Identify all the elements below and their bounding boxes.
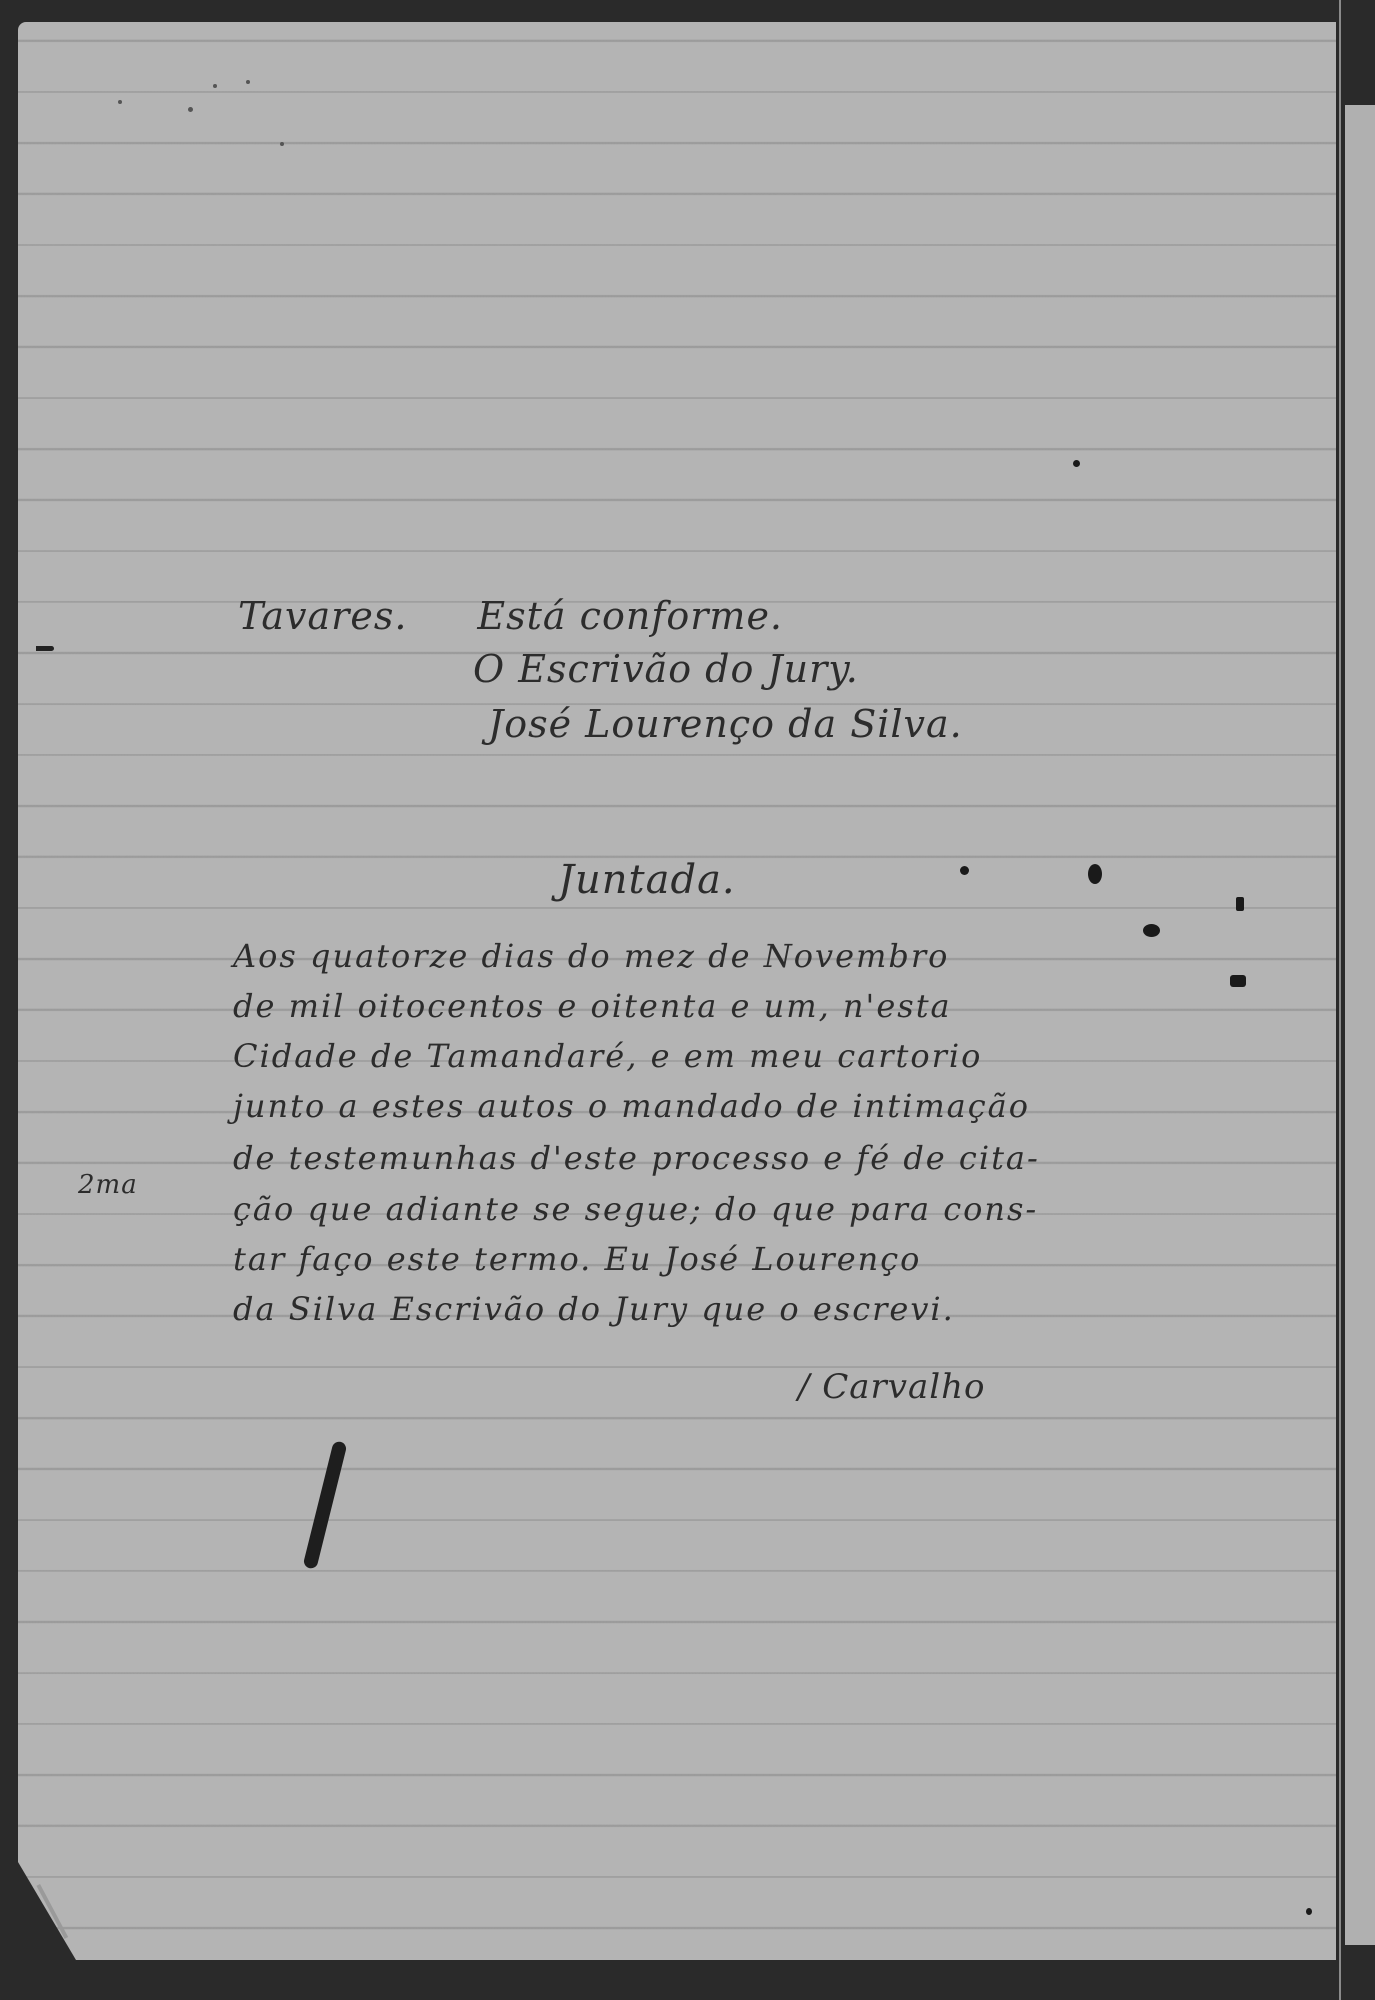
margin-ink-mark xyxy=(36,646,54,651)
adjacent-page-edge xyxy=(1336,0,1375,2000)
body-line: tar faço este termo. Eu José Lourenço xyxy=(233,1240,921,1278)
adjacent-page xyxy=(1345,105,1375,1945)
section-heading: Juntada. xyxy=(558,857,736,903)
body-line: de testemunhas d'este processo e fé de c… xyxy=(233,1139,1040,1177)
body-line: Aos quatorze dias do mez de Novembro xyxy=(233,937,949,975)
paper-speckle xyxy=(118,100,122,104)
paper-speckle xyxy=(280,142,284,146)
ink-blot xyxy=(1073,460,1080,467)
paper-speckle xyxy=(188,107,193,112)
body-line: de mil oitocentos e oitenta e um, n'esta xyxy=(233,987,952,1025)
ink-blot xyxy=(1236,897,1244,911)
manuscript-page: Tavares.Está conforme. O Escrivão do Jur… xyxy=(18,22,1338,1960)
ink-blot xyxy=(1143,924,1160,937)
clerk-signature: José Lourenço da Silva. xyxy=(488,702,963,746)
certification-line-1: Tavares.Está conforme. xyxy=(238,594,783,638)
name-tavares: Tavares. xyxy=(238,594,407,638)
ink-blot xyxy=(1306,1908,1312,1915)
certification-line-2: O Escrivão do Jury. xyxy=(473,647,859,691)
body-line: ção que adiante se segue; do que para co… xyxy=(233,1190,1038,1228)
binding-line xyxy=(1339,0,1341,2000)
margin-note: 2ma xyxy=(78,1170,138,1200)
paper-speckle xyxy=(246,80,250,84)
body-line: da Silva Escrivão do Jury que o escrevi. xyxy=(233,1290,955,1328)
ink-blot xyxy=(1230,975,1246,987)
ink-blot xyxy=(1088,864,1102,884)
ink-blot xyxy=(960,866,969,875)
body-line: junto a estes autos o mandado de intimaç… xyxy=(233,1087,1030,1125)
ink-slash-mark xyxy=(302,1440,347,1570)
paper-speckle xyxy=(213,84,217,88)
signature: / Carvalho xyxy=(798,1367,986,1407)
folded-corner xyxy=(36,1884,68,1939)
body-line: Cidade de Tamandaré, e em meu cartorio xyxy=(233,1037,982,1075)
esta-conforme: Está conforme. xyxy=(477,594,783,638)
